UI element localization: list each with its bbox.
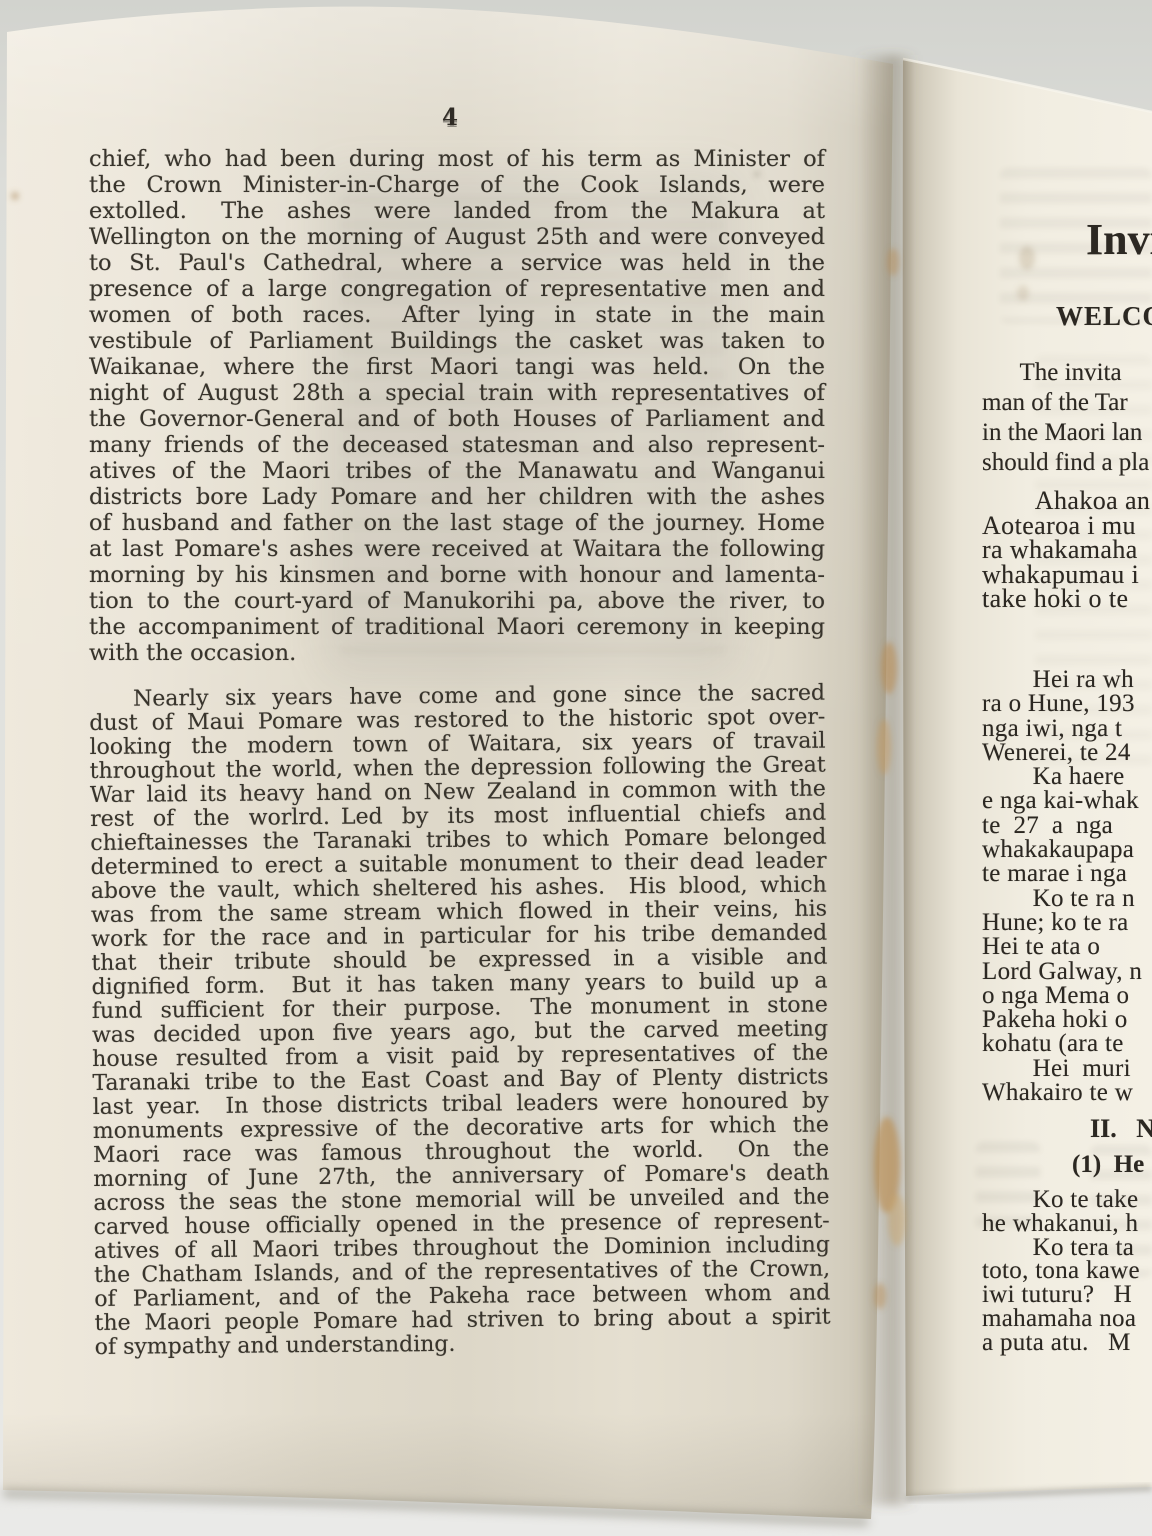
right-paragraph-maori-2: Hei ra whra o Hune, 193nga iwi, nga tWen…	[982, 668, 1142, 1105]
text-line: at last Pomare's ashes were received at …	[89, 536, 825, 562]
text-line: The invita	[982, 358, 1149, 388]
text-line: vestibule of Parliament Buildings the ca…	[89, 328, 825, 354]
text-line: many friends of the deceased statesman a…	[89, 432, 825, 458]
text-line: Waikanae, where the first Maori tangi wa…	[89, 354, 825, 380]
text-line: iwi tuturu? H	[982, 1283, 1140, 1307]
text-line: Ahakoa an	[982, 489, 1150, 514]
text-line: man of the Tar	[982, 388, 1149, 418]
text-line: Whakairo te w	[982, 1081, 1142, 1105]
text-line: toto, tona kawe	[982, 1259, 1140, 1283]
text-line: the Crown Minister-in-Charge of the Cook…	[89, 172, 825, 198]
text-line: o nga Mema o	[982, 984, 1142, 1008]
text-line: he whakanui, h	[982, 1212, 1140, 1236]
text-line: the Governor-General and of both Houses …	[89, 406, 825, 432]
right-paragraph-english: The invitaman of the Tarin the Maori lan…	[982, 358, 1149, 478]
text-line: mahamaha noa	[982, 1307, 1140, 1331]
text-line: presence of a large congregation of repr…	[89, 276, 825, 302]
text-line: te 27 a nga	[982, 814, 1142, 838]
text-line: Hei muri	[982, 1057, 1142, 1081]
text-line: Wellington on the morning of August 25th…	[89, 224, 825, 250]
text-line: ra o Hune, 193	[982, 692, 1142, 716]
text-line: Ka haere	[982, 765, 1142, 789]
text-line: Hei ra wh	[982, 668, 1142, 692]
right-paragraph-maori-3: Ko te takehe whakanui, h Ko tera tatoto,…	[982, 1188, 1140, 1355]
text-line: take hoki o te	[982, 587, 1150, 612]
text-line: atives of the Maori tribes of the Manawa…	[89, 458, 825, 484]
text-line: Ko tera ta	[982, 1236, 1140, 1260]
text-line: Hei te ata o	[982, 935, 1142, 959]
text-line: with the occasion.	[89, 640, 825, 666]
text-line: of husband and father on the last stage …	[89, 510, 825, 536]
text-line: Lord Galway, n	[982, 960, 1142, 984]
section-heading-ii-partial: II. N	[1090, 1114, 1152, 1144]
text-line: in the Maori lan	[982, 418, 1149, 448]
text-line: Pakeha hoki o	[982, 1008, 1142, 1032]
text-line: Ko te take	[982, 1188, 1140, 1212]
text-line: should find a pla	[982, 448, 1149, 478]
text-line: tion to the court-yard of Manukorihi pa,…	[89, 588, 825, 614]
text-line: to St. Paul's Cathedral, where a service…	[89, 250, 825, 276]
text-line: e nga kai-whak	[982, 789, 1142, 813]
text-line: a puta atu. M	[982, 1331, 1140, 1355]
right-paragraph-maori-1: Ahakoa anAotearoa i mura whakamahawhakap…	[982, 489, 1150, 612]
paragraph-memorial-monument: Nearly six years have come and gone sinc…	[89, 682, 831, 1360]
text-line: kohatu (ara te	[982, 1032, 1142, 1056]
text-line: morning by his kinsmen and borne with ho…	[89, 562, 825, 588]
text-line: women of both races. After lying in stat…	[89, 302, 825, 328]
page-number: 4	[400, 104, 500, 131]
text-line: nga iwi, nga t	[982, 717, 1142, 741]
paragraph-ashes-journey: chief, who had been during most of his t…	[89, 146, 825, 666]
text-line: Ko te ra n	[982, 887, 1142, 911]
text-line: night of August 28th a special train wit…	[89, 380, 825, 406]
text-line: whakakaupapa	[982, 838, 1142, 862]
text-line: Hune; ko te ra	[982, 911, 1142, 935]
text-line: the accompaniment of traditional Maori c…	[89, 614, 825, 640]
photo-of-open-booklet: 4 chief, who had been during most of his…	[0, 0, 1152, 1536]
subsection-heading-1-partial: (1) He	[1072, 1151, 1144, 1179]
text-line: districts bore Lady Pomare and her child…	[89, 484, 825, 510]
gutter-shadow	[856, 55, 916, 1505]
subheading-welcome-partial: WELCO	[1056, 301, 1152, 332]
text-line: te marae i nga	[982, 862, 1142, 886]
heading-invitation-partial: Invi	[1086, 214, 1152, 265]
text-line: chief, who had been during most of his t…	[89, 146, 825, 172]
text-line: Wenerei, te 24	[982, 741, 1142, 765]
text-line: extolled. The ashes were landed from the…	[89, 198, 825, 224]
